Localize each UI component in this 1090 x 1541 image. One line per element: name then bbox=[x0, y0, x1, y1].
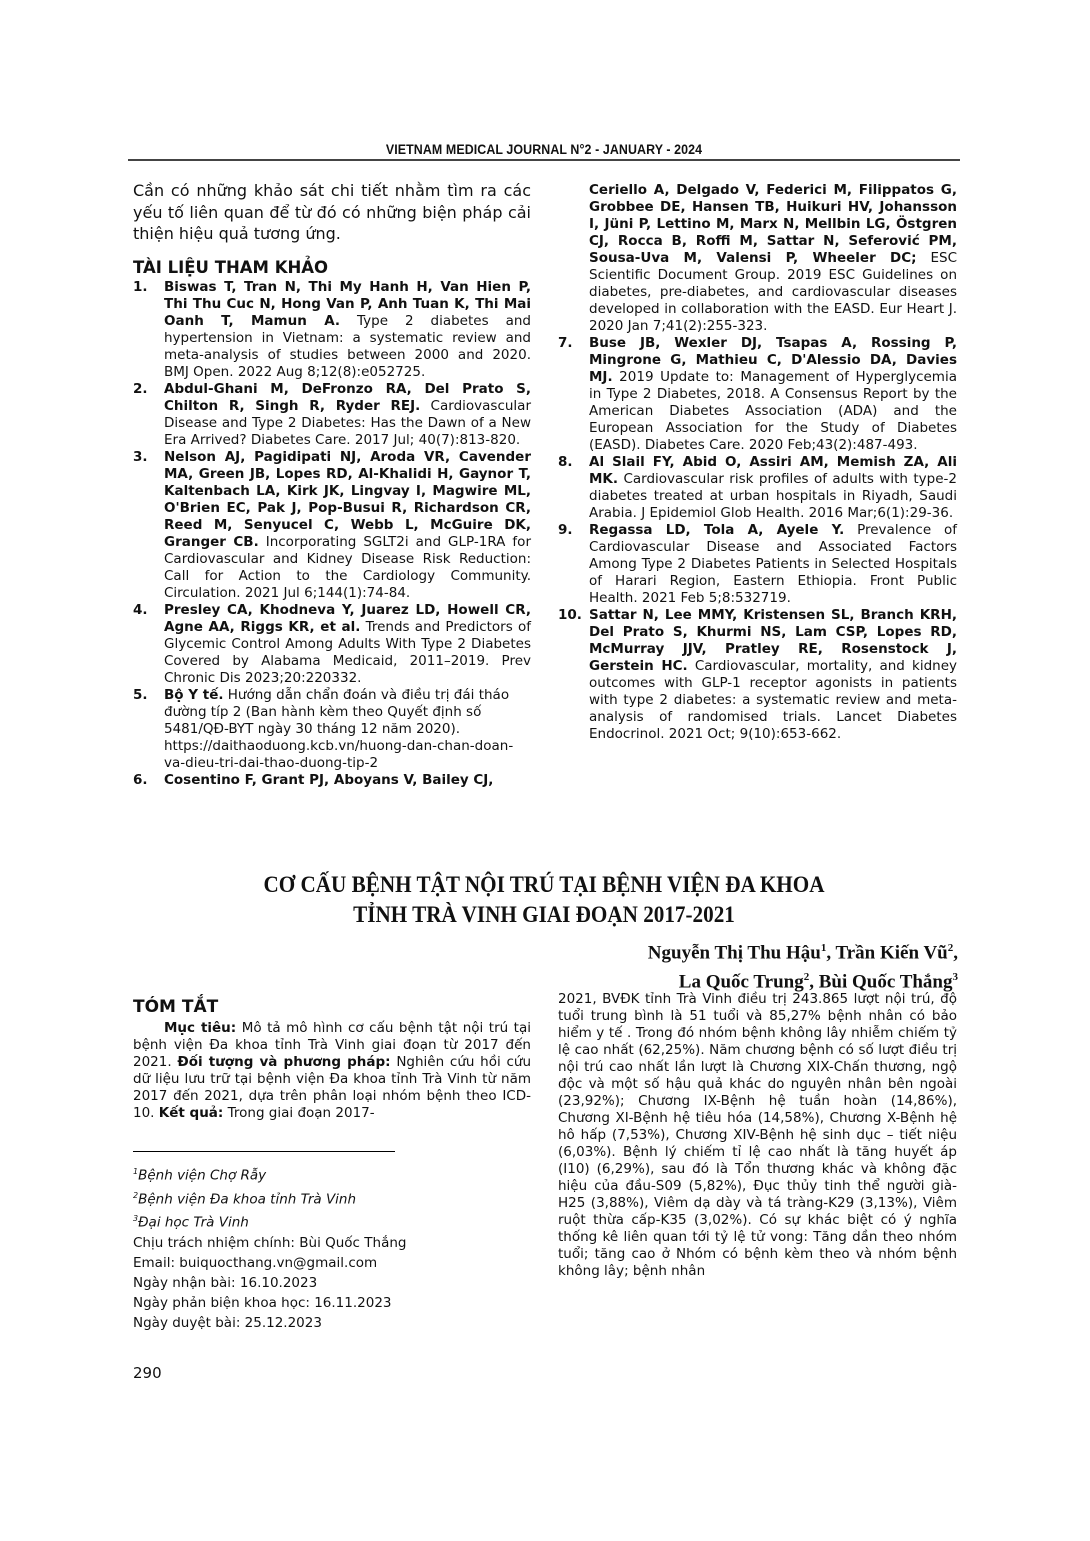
abstract-left: Mục tiêu: Mô tả mô hình cơ cấu bệnh tật … bbox=[133, 1020, 531, 1122]
objective-label: Mục tiêu: bbox=[164, 1020, 236, 1036]
header-rule bbox=[128, 159, 960, 161]
reference-item: 1.Biswas T, Tran N, Thi My Hanh H, Van H… bbox=[133, 279, 531, 381]
reference-authors: Bộ Y tế. bbox=[164, 687, 223, 703]
reference-text: 2019 Update to: Management of Hyperglyce… bbox=[589, 369, 957, 453]
article-title: CƠ CẤU BỆNH TẬT NỘI TRÚ TẠI BỆNH VIỆN ĐA… bbox=[170, 870, 919, 930]
affiliation-1: 1Bệnh viện Chợ Rẫy bbox=[133, 1162, 531, 1186]
reviewed-date: Ngày phản biện khoa học: 16.11.2023 bbox=[133, 1293, 531, 1313]
email: Email: buiquocthang.vn@gmail.com bbox=[133, 1253, 531, 1273]
footnotes: 1Bệnh viện Chợ Rẫy 2Bệnh viện Đa khoa tỉ… bbox=[133, 1162, 531, 1333]
reference-item: 9.Regassa LD, Tola A, Ayele Y. Prevalenc… bbox=[558, 522, 957, 607]
author-name: La Quốc Trung bbox=[679, 972, 804, 993]
reference-authors: Cosentino F, Grant PJ, Aboyans V, Bailey… bbox=[164, 772, 493, 788]
affiliation-mark: 3 bbox=[953, 971, 959, 983]
author-line-1: Nguyễn Thị Thu Hậu1, Trần Kiến Vũ2, bbox=[648, 936, 958, 965]
article-title-line2: TỈNH TRÀ VINH GIAI ĐOẠN 2017-2021 bbox=[170, 900, 919, 930]
affiliation-2: 2Bệnh viện Đa khoa tỉnh Trà Vinh bbox=[133, 1186, 531, 1210]
received-date: Ngày nhận bài: 16.10.2023 bbox=[133, 1273, 531, 1293]
reference-item: 2.Abdul-Ghani M, DeFronzo RA, Del Prato … bbox=[133, 381, 531, 449]
reference-text: Cardiovascular risk profiles of adults w… bbox=[589, 471, 957, 521]
references-list-left: 1.Biswas T, Tran N, Thi My Hanh H, Van H… bbox=[133, 279, 531, 789]
abstract-title: TÓM TẮT bbox=[133, 997, 218, 1017]
reference-authors: Ceriello A, Delgado V, Federici M, Filip… bbox=[589, 182, 957, 266]
reference-item: 3.Nelson AJ, Pagidipati NJ, Aroda VR, Ca… bbox=[133, 449, 531, 602]
reference-item-continued: Ceriello A, Delgado V, Federici M, Filip… bbox=[558, 182, 957, 335]
reference-item: 4.Presley CA, Khodneva Y, Juarez LD, How… bbox=[133, 602, 531, 687]
results-label: Kết quả: bbox=[159, 1105, 224, 1121]
references-list-right: Ceriello A, Delgado V, Federici M, Filip… bbox=[558, 182, 957, 743]
reference-item: 6.Cosentino F, Grant PJ, Aboyans V, Bail… bbox=[133, 772, 531, 789]
article-title-line1: CƠ CẤU BỆNH TẬT NỘI TRÚ TẠI BỆNH VIỆN ĐA… bbox=[170, 870, 919, 900]
reference-item: 8.Al Slail FY, Abid O, Assiri AM, Memish… bbox=[558, 454, 957, 522]
abstract-right: 2021, BVĐK tỉnh Trà Vinh điều trị 243.86… bbox=[558, 991, 957, 1280]
corresponding-author: Chịu trách nhiệm chính: Bùi Quốc Thắng bbox=[133, 1233, 531, 1253]
affiliation-3: 3Đại học Trà Vinh bbox=[133, 1209, 531, 1233]
references-title: TÀI LIỆU THAM KHẢO bbox=[133, 258, 531, 277]
author-name: Bùi Quốc Thắng bbox=[819, 972, 953, 993]
page-number: 290 bbox=[133, 1364, 162, 1382]
reference-authors: Regassa LD, Tola A, Ayele Y. bbox=[589, 522, 844, 538]
reference-item: 10.Sattar N, Lee MMY, Kristensen SL, Bra… bbox=[558, 607, 957, 743]
closing-paragraph: Cần có những khảo sát chi tiết nhằm tìm … bbox=[133, 180, 531, 245]
reference-item: 7.Buse JB, Wexler DJ, Tsapas A, Rossing … bbox=[558, 335, 957, 454]
author-name: Nguyễn Thị Thu Hậu bbox=[648, 942, 821, 963]
methods-label: Đối tượng và phương pháp: bbox=[177, 1054, 390, 1070]
reference-item: 5.Bộ Y tế. Hướng dẫn chẩn đoán và điều t… bbox=[133, 687, 531, 772]
footnote-rule bbox=[133, 1151, 395, 1152]
author-list: Nguyễn Thị Thu Hậu1, Trần Kiến Vũ2, La Q… bbox=[648, 936, 958, 995]
journal-header: VIETNAM MEDICAL JOURNAL N°2 - JANUARY - … bbox=[161, 142, 926, 157]
accepted-date: Ngày duyệt bài: 25.12.2023 bbox=[133, 1313, 531, 1333]
author-name: Trần Kiến Vũ bbox=[835, 942, 947, 963]
